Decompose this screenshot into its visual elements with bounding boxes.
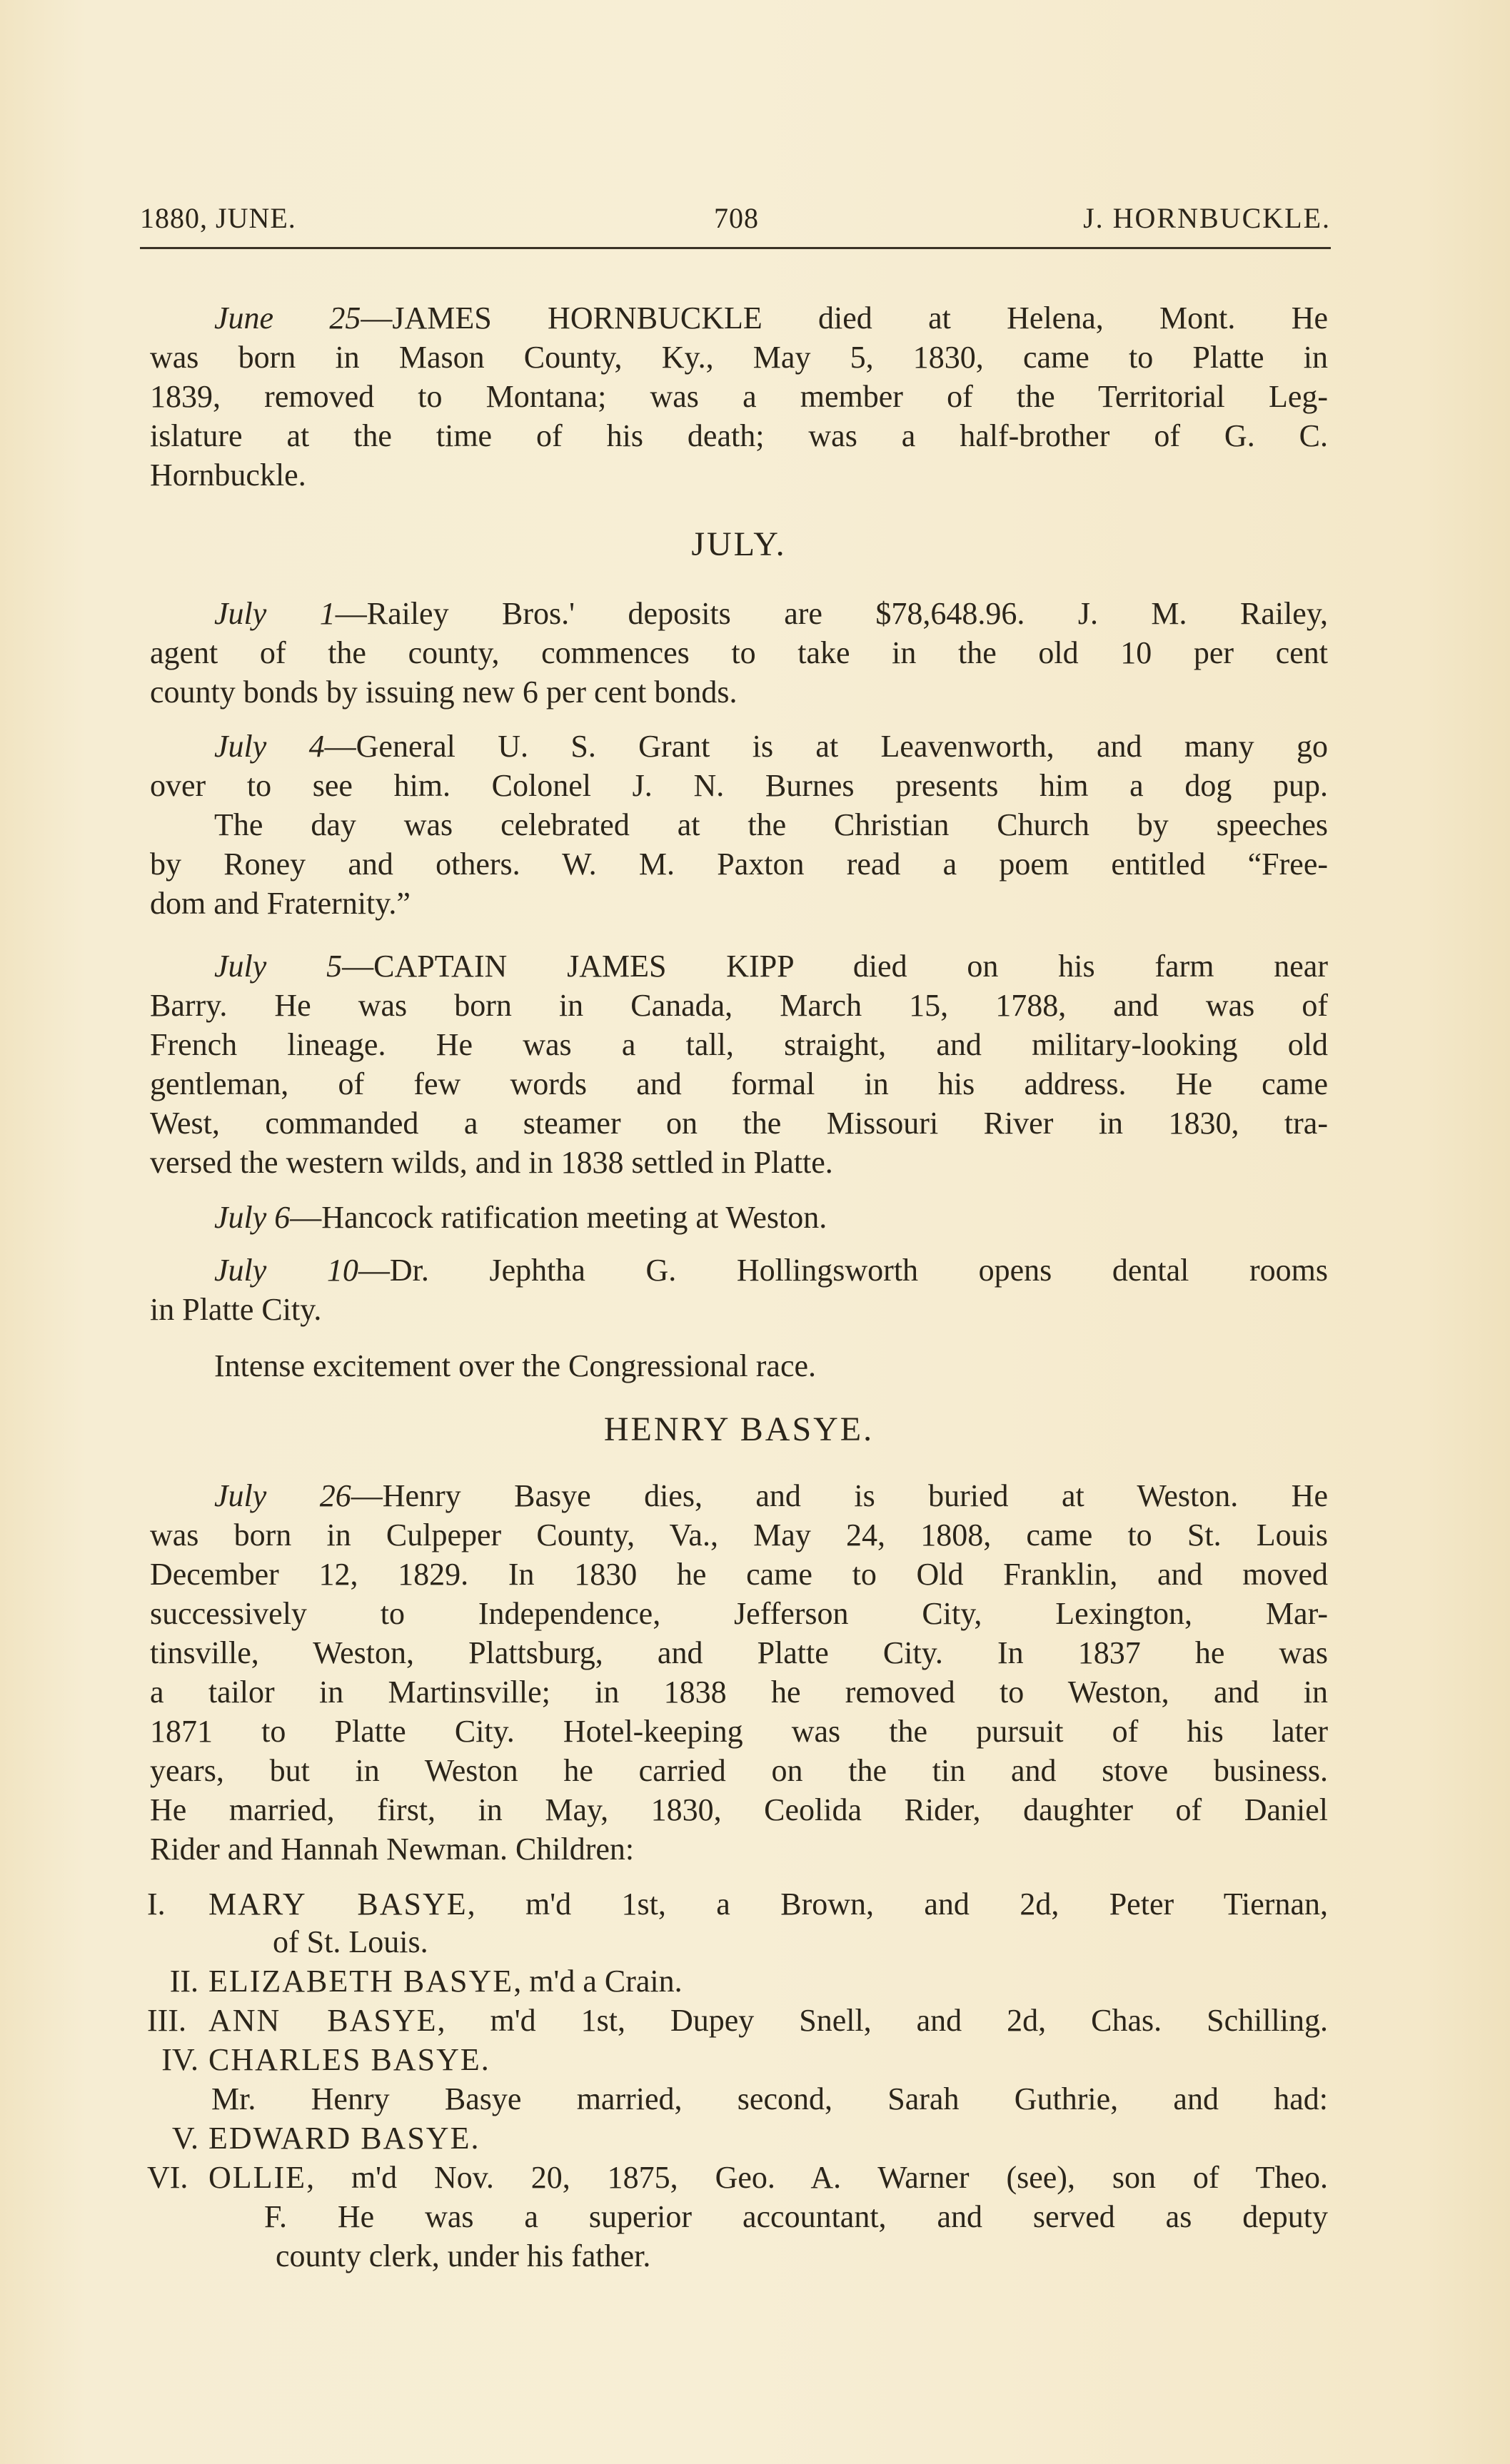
- child-details: , m'd 1st, a Brown, and 2d, Peter Tierna…: [468, 1887, 1328, 1922]
- child-details: , m'd Nov. 20, 1875, Geo. A. Warner (see…: [306, 2160, 1328, 2195]
- entry-first-line: July 5—CAPTAIN JAMES KIPP died on his fa…: [214, 946, 1328, 986]
- child-continuation: of St. Louis.: [273, 1922, 1451, 1961]
- child-details: .: [481, 2042, 489, 2077]
- child-continuation: county clerk, under his father.: [276, 2236, 1454, 2276]
- header-rule: [140, 247, 1331, 249]
- text-line: He married, first, in May, 1830, Ceolida…: [150, 1790, 1328, 1829]
- text-line: agent of the county, commences to take i…: [150, 633, 1328, 672]
- entry-congressional-race: Intense excitement over the Congressiona…: [214, 1346, 1328, 1385]
- text-line: by Roney and others. W. M. Paxton read a…: [150, 844, 1328, 884]
- entry-date: July 1: [214, 596, 336, 631]
- child-name: OLLIE: [208, 2160, 306, 2195]
- text-line: in Platte City.: [150, 1290, 1328, 1329]
- entry-date: July 4: [214, 729, 325, 764]
- child-numeral: II.: [147, 1961, 198, 2001]
- text-line: Hornbuckle.: [150, 455, 1328, 495]
- child-name: CHARLES BASYE: [208, 2042, 481, 2077]
- child-numeral: VI.: [147, 2158, 198, 2197]
- text-line: 1871 to Platte City. Hotel-keeping was t…: [150, 1712, 1328, 1751]
- section-heading-henry-basye: HENRY BASYE.: [150, 1410, 1328, 1449]
- text-line: was born in Culpeper County, Va., May 24…: [150, 1515, 1328, 1555]
- text-line: French lineage. He was a tall, straight,…: [150, 1025, 1328, 1064]
- child-name: EDWARD BASYE: [208, 2121, 470, 2156]
- text-line: —Dr. Jephtha G. Hollingsworth opens dent…: [358, 1253, 1328, 1288]
- text-line: county bonds by issuing new 6 per cent b…: [150, 672, 1328, 712]
- text-line: The day was celebrated at the Christian …: [214, 805, 1328, 844]
- child-details: , m'd 1st, Dupey Snell, and 2d, Chas. Sc…: [438, 2003, 1328, 2038]
- child-numeral: V.: [147, 2119, 198, 2158]
- text-line: —JAMES HORNBUCKLE died at Helena, Mont. …: [361, 301, 1328, 335]
- entry-date: July 6: [214, 1200, 290, 1235]
- text-line: a tailor in Martinsville; in 1838 he rem…: [150, 1672, 1328, 1712]
- section-heading-july: JULY.: [150, 525, 1328, 564]
- entry-date: June 25: [214, 301, 361, 335]
- text-line: 1839, removed to Montana; was a member o…: [150, 377, 1328, 416]
- text-line: years, but in Weston he carried on the t…: [150, 1751, 1328, 1790]
- entry-date: July 10: [214, 1253, 358, 1288]
- entry-date: July 5: [214, 949, 342, 984]
- text-line: —General U. S. Grant is at Leavenworth, …: [325, 729, 1328, 764]
- child-details: .: [470, 2121, 478, 2156]
- child-item: III.ANN BASYE, m'd 1st, Dupey Snell, and…: [147, 2001, 1328, 2040]
- child-item: IV.CHARLES BASYE.: [147, 2040, 1328, 2079]
- text-line: Rider and Hannah Newman. Children:: [150, 1829, 1328, 1869]
- text-line: —Henry Basye dies, and is buried at West…: [351, 1478, 1328, 1513]
- running-head-subject: J. HORNBUCKLE.: [1083, 201, 1331, 235]
- running-head-date: 1880, JUNE.: [140, 201, 296, 235]
- child-details: , m'd a Crain.: [513, 1964, 682, 1999]
- text-line: dom and Fraternity.”: [150, 884, 1328, 923]
- entry-first-line: July 26—Henry Basye dies, and is buried …: [214, 1476, 1328, 1515]
- text-line: —Railey Bros.' deposits are $78,648.96. …: [336, 596, 1328, 631]
- text-line: Barry. He was born in Canada, March 15, …: [150, 986, 1328, 1025]
- child-item: I.MARY BASYE, m'd 1st, a Brown, and 2d, …: [147, 1884, 1328, 1924]
- entry-date: July 26: [214, 1478, 351, 1513]
- text-line: over to see him. Colonel J. N. Burnes pr…: [150, 766, 1328, 805]
- child-numeral: IV.: [147, 2040, 198, 2079]
- text-line: tinsville, Weston, Plattsburg, and Platt…: [150, 1633, 1328, 1672]
- child-numeral: III.: [147, 2001, 198, 2040]
- child-name: ELIZABETH BASYE: [208, 1964, 513, 1999]
- entry-first-line: July 6—Hancock ratification meeting at W…: [214, 1198, 1328, 1237]
- child-item: V.EDWARD BASYE.: [147, 2119, 1328, 2158]
- entry-first-line: July 4—General U. S. Grant is at Leavenw…: [214, 727, 1328, 766]
- text-line: versed the western wilds, and in 1838 se…: [150, 1143, 1328, 1182]
- child-numeral: I.: [147, 1884, 198, 1924]
- running-head: 1880, JUNE. 708 J. HORNBUCKLE.: [150, 201, 1328, 244]
- second-marriage-note: Mr. Henry Basye married, second, Sarah G…: [211, 2079, 1328, 2119]
- child-item: VI.OLLIE, m'd Nov. 20, 1875, Geo. A. War…: [147, 2158, 1328, 2197]
- text-line: was born in Mason County, Ky., May 5, 18…: [150, 338, 1328, 377]
- entry-first-line: July 10—Dr. Jephtha G. Hollingsworth ope…: [214, 1251, 1328, 1290]
- text-line: successively to Independence, Jefferson …: [150, 1594, 1328, 1633]
- text-line: —Hancock ratification meeting at Weston.: [290, 1200, 827, 1235]
- child-name: MARY BASYE: [208, 1887, 468, 1922]
- text-line: gentleman, of few words and formal in hi…: [150, 1064, 1328, 1104]
- text-line: islature at the time of his death; was a…: [150, 416, 1328, 455]
- page-number: 708: [714, 201, 759, 235]
- text-line: —CAPTAIN JAMES KIPP died on his farm nea…: [342, 949, 1328, 984]
- child-continuation: F. He was a superior accountant, and ser…: [264, 2197, 1328, 2236]
- text-line: West, commanded a steamer on the Missour…: [150, 1104, 1328, 1143]
- entry-first-line: June 25—JAMES HORNBUCKLE died at Helena,…: [214, 298, 1328, 338]
- text-line: December 12, 1829. In 1830 he came to Ol…: [150, 1555, 1328, 1594]
- entry-first-line: July 1—Railey Bros.' deposits are $78,64…: [214, 594, 1328, 633]
- child-item: II.ELIZABETH BASYE, m'd a Crain.: [147, 1961, 1328, 2001]
- child-name: ANN BASYE: [208, 2003, 438, 2038]
